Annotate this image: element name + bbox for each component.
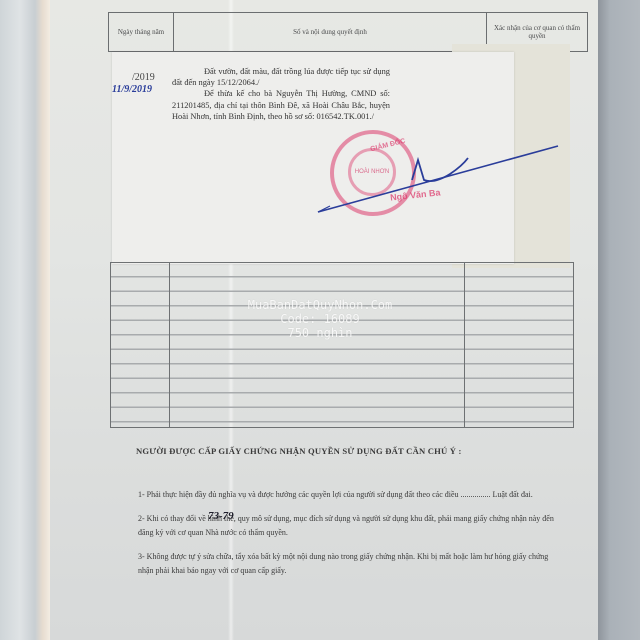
entry-paragraph-1: Đất vườn, đất màu, đất trồng lúa được ti… (172, 66, 390, 88)
watermark-line-1: MuaBanDatQuyNhon.Com (200, 298, 440, 312)
watermark-line-2: Code: 16089 (200, 312, 440, 326)
notice-item-2: 2- Khi có thay đổi về hình thể, quy mô s… (138, 512, 558, 540)
handwritten-number: 73-79 (208, 510, 234, 522)
notice-item-3: 3- Không được tự ý sửa chữa, tẩy xóa bất… (138, 550, 558, 578)
header-col-date: Ngày tháng năm (109, 13, 174, 51)
entry-date-printed: /2019 (132, 72, 155, 83)
notice-title: NGƯỜI ĐƯỢC CẤP GIẤY CHỨNG NHẬN QUYỀN SỬ … (136, 446, 556, 456)
ruled-col-confirmation (465, 263, 573, 427)
entry-paragraph-2: Để thừa kế cho bà Nguyễn Thị Hường, CMND… (172, 88, 390, 122)
notice-item-1: 1- Phải thực hiện đầy đủ nghĩa vụ và đượ… (138, 488, 558, 502)
blank-ruled-table (110, 262, 574, 428)
header-col-decision: Số và nội dung quyết định (174, 13, 487, 51)
notice-list: 1- Phải thực hiện đầy đủ nghĩa vụ và đượ… (138, 488, 558, 588)
signature-icon (300, 140, 570, 220)
watermark-line-3: 750 nghìn (200, 326, 440, 340)
watermark: MuaBanDatQuyNhon.Com Code: 16089 750 ngh… (200, 298, 440, 340)
entry-text: Đất vườn, đất màu, đất trồng lúa được ti… (172, 66, 390, 122)
ruled-col-date (111, 263, 170, 427)
entry-date-handwritten: 11/9/2019 (112, 84, 152, 95)
background-left (0, 0, 50, 640)
ruled-col-decision (170, 263, 465, 427)
